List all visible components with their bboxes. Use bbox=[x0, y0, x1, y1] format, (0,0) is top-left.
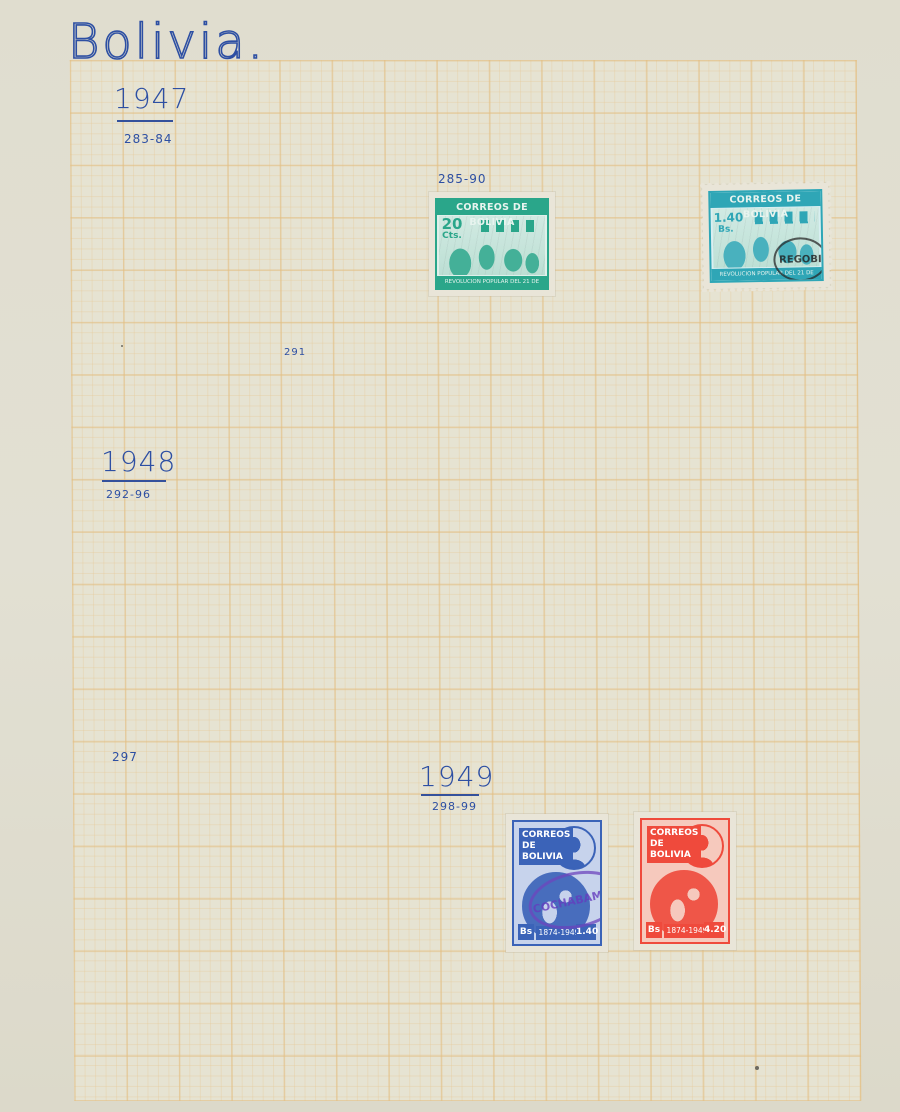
currency-label: Bs bbox=[518, 924, 534, 940]
stamp-value: 4.20 bbox=[704, 922, 724, 938]
stamp-header-line: CORREOS bbox=[522, 830, 570, 841]
paper-speck bbox=[121, 345, 123, 347]
catalog-range-1949: 298-99 bbox=[432, 800, 477, 813]
catalog-note-297: 297 bbox=[112, 750, 138, 764]
postmark: REGOBI bbox=[773, 237, 824, 282]
year-heading-1948: 1948 bbox=[101, 445, 176, 478]
catalog-note-291: 291 bbox=[284, 347, 306, 358]
stamp-header: CORREOS DE BOLIVIA bbox=[437, 200, 547, 215]
stamp-upu-1-40[interactable]: CORREOS DE BOLIVIA Bs 1874-1949 1.40 COC… bbox=[506, 814, 608, 952]
stamp-header-line: DE bbox=[522, 841, 570, 852]
stamp-value: 1.40 Bs. bbox=[714, 209, 738, 234]
year-underline bbox=[117, 120, 173, 122]
album-page: Bolivia. 1947 283-84 285-90 291 1948 292… bbox=[0, 0, 900, 1112]
stamp-value-unit: Bs. bbox=[714, 224, 738, 234]
catalog-range-1947: 283-84 bbox=[124, 132, 173, 146]
currency-label: Bs bbox=[646, 922, 662, 938]
year-underline bbox=[421, 794, 479, 796]
year-heading-1949: 1949 bbox=[419, 760, 494, 793]
year-heading-1947: 1947 bbox=[114, 82, 189, 115]
stamp-header-line: CORREOS bbox=[650, 828, 698, 839]
paper-speck bbox=[755, 1066, 759, 1070]
stamp-header-line: BOLIVIA bbox=[650, 850, 698, 861]
stamp-value: 20 Cts. bbox=[440, 217, 464, 241]
stamp-header-line: DE bbox=[650, 839, 698, 850]
stamp-revolution-1-40bs[interactable]: CORREOS DE BOLIVIA 1.40 Bs. REVOLUCION P… bbox=[702, 183, 830, 289]
year-underline bbox=[102, 480, 166, 482]
stamp-header-line: BOLIVIA bbox=[522, 852, 570, 863]
catalog-note-285-90: 285-90 bbox=[438, 172, 487, 186]
stamp-value-number: 1.40 bbox=[714, 210, 744, 225]
stamp-header: CORREOS DE BOLIVIA bbox=[519, 828, 573, 865]
stamp-revolution-20cts[interactable]: CORREOS DE BOLIVIA 20 Cts. REVOLUCION PO… bbox=[429, 192, 555, 296]
stamp-header: CORREOS DE BOLIVIA bbox=[647, 826, 701, 863]
stamp-value-unit: Cts. bbox=[440, 231, 464, 241]
stamp-header: CORREOS DE BOLIVIA bbox=[710, 191, 820, 208]
stamp-footer: REVOLUCION POPULAR DEL 21 DE JULIO DE 19… bbox=[437, 276, 547, 288]
catalog-range-1948: 292-96 bbox=[106, 488, 151, 501]
stamp-upu-4-20[interactable]: CORREOS DE BOLIVIA Bs 1874-1949 4.20 bbox=[634, 812, 736, 950]
country-title: Bolivia. bbox=[68, 14, 266, 70]
